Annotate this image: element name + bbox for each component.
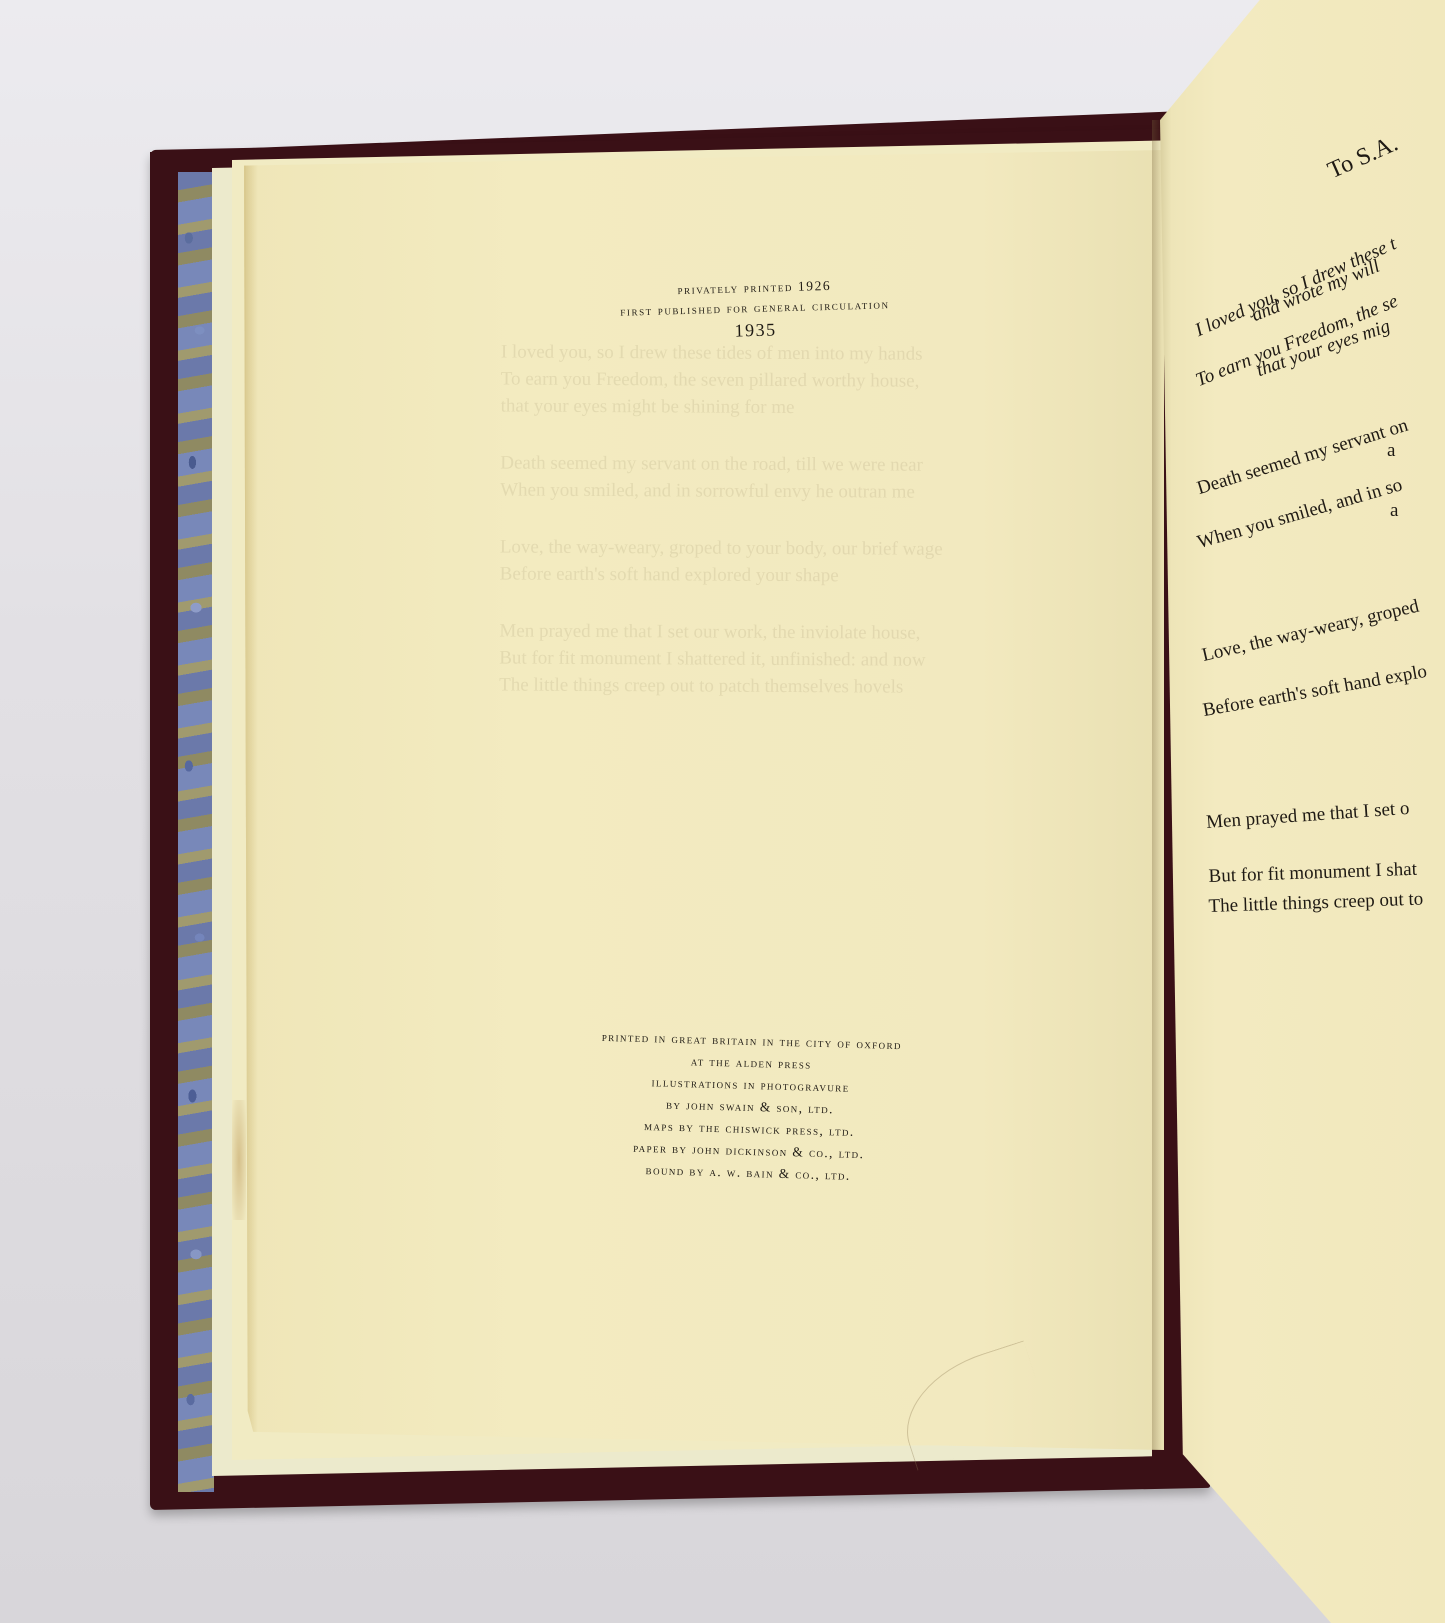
foxing-stain (232, 1100, 246, 1220)
ghost-line: The little things creep out to patch the… (499, 671, 1079, 701)
ghost-line (500, 503, 1080, 536)
ghost-line: Before earth's soft hand explored your s… (500, 560, 1080, 590)
poem-line: Love, the way-weary, groped (1200, 596, 1421, 667)
ghost-line: Death seemed my servant on the road, til… (500, 449, 1080, 479)
poem-line: Men prayed me that I set o (1205, 798, 1410, 834)
ghost-line: But for fit monument I shattered it, unf… (499, 644, 1079, 674)
poem-line: The little things creep out to (1208, 889, 1423, 918)
ghost-line: that your eyes might be shining for me (501, 392, 1081, 422)
ghost-line: Men prayed me that I set our work, the i… (499, 617, 1079, 647)
ghost-line (499, 587, 1079, 620)
show-through-text: I loved you, so I drew these tides of me… (499, 338, 1081, 701)
poem-line: a (1387, 440, 1395, 462)
ghost-line (500, 419, 1080, 452)
ghost-line: When you smiled, and in sorrowful envy h… (500, 476, 1080, 506)
ghost-line: To earn you Freedom, the seven pillared … (501, 365, 1081, 395)
book-photo-scene: I loved you, so I drew these tides of me… (0, 0, 1445, 1623)
publication-notice: PRIVATELY PRINTED 1926 FIRST PUBLISHED F… (539, 272, 971, 348)
dedication-heading: To S.A. (1324, 130, 1402, 185)
book-gutter (1152, 120, 1162, 1450)
ghost-line: Love, the way-weary, groped to your body… (500, 533, 1080, 563)
poem-line: But for fit monument I shat (1208, 859, 1417, 888)
dedication-poem: To S.A. I loved you, so I drew these t a… (1195, 0, 1445, 1623)
marbled-endpaper (178, 172, 214, 1492)
poem-line: a (1390, 500, 1398, 522)
printer-credits: PRINTED IN GREAT BRITAIN IN THE CITY OF … (518, 1024, 982, 1191)
poem-line: Before earth's soft hand explo (1201, 661, 1429, 722)
